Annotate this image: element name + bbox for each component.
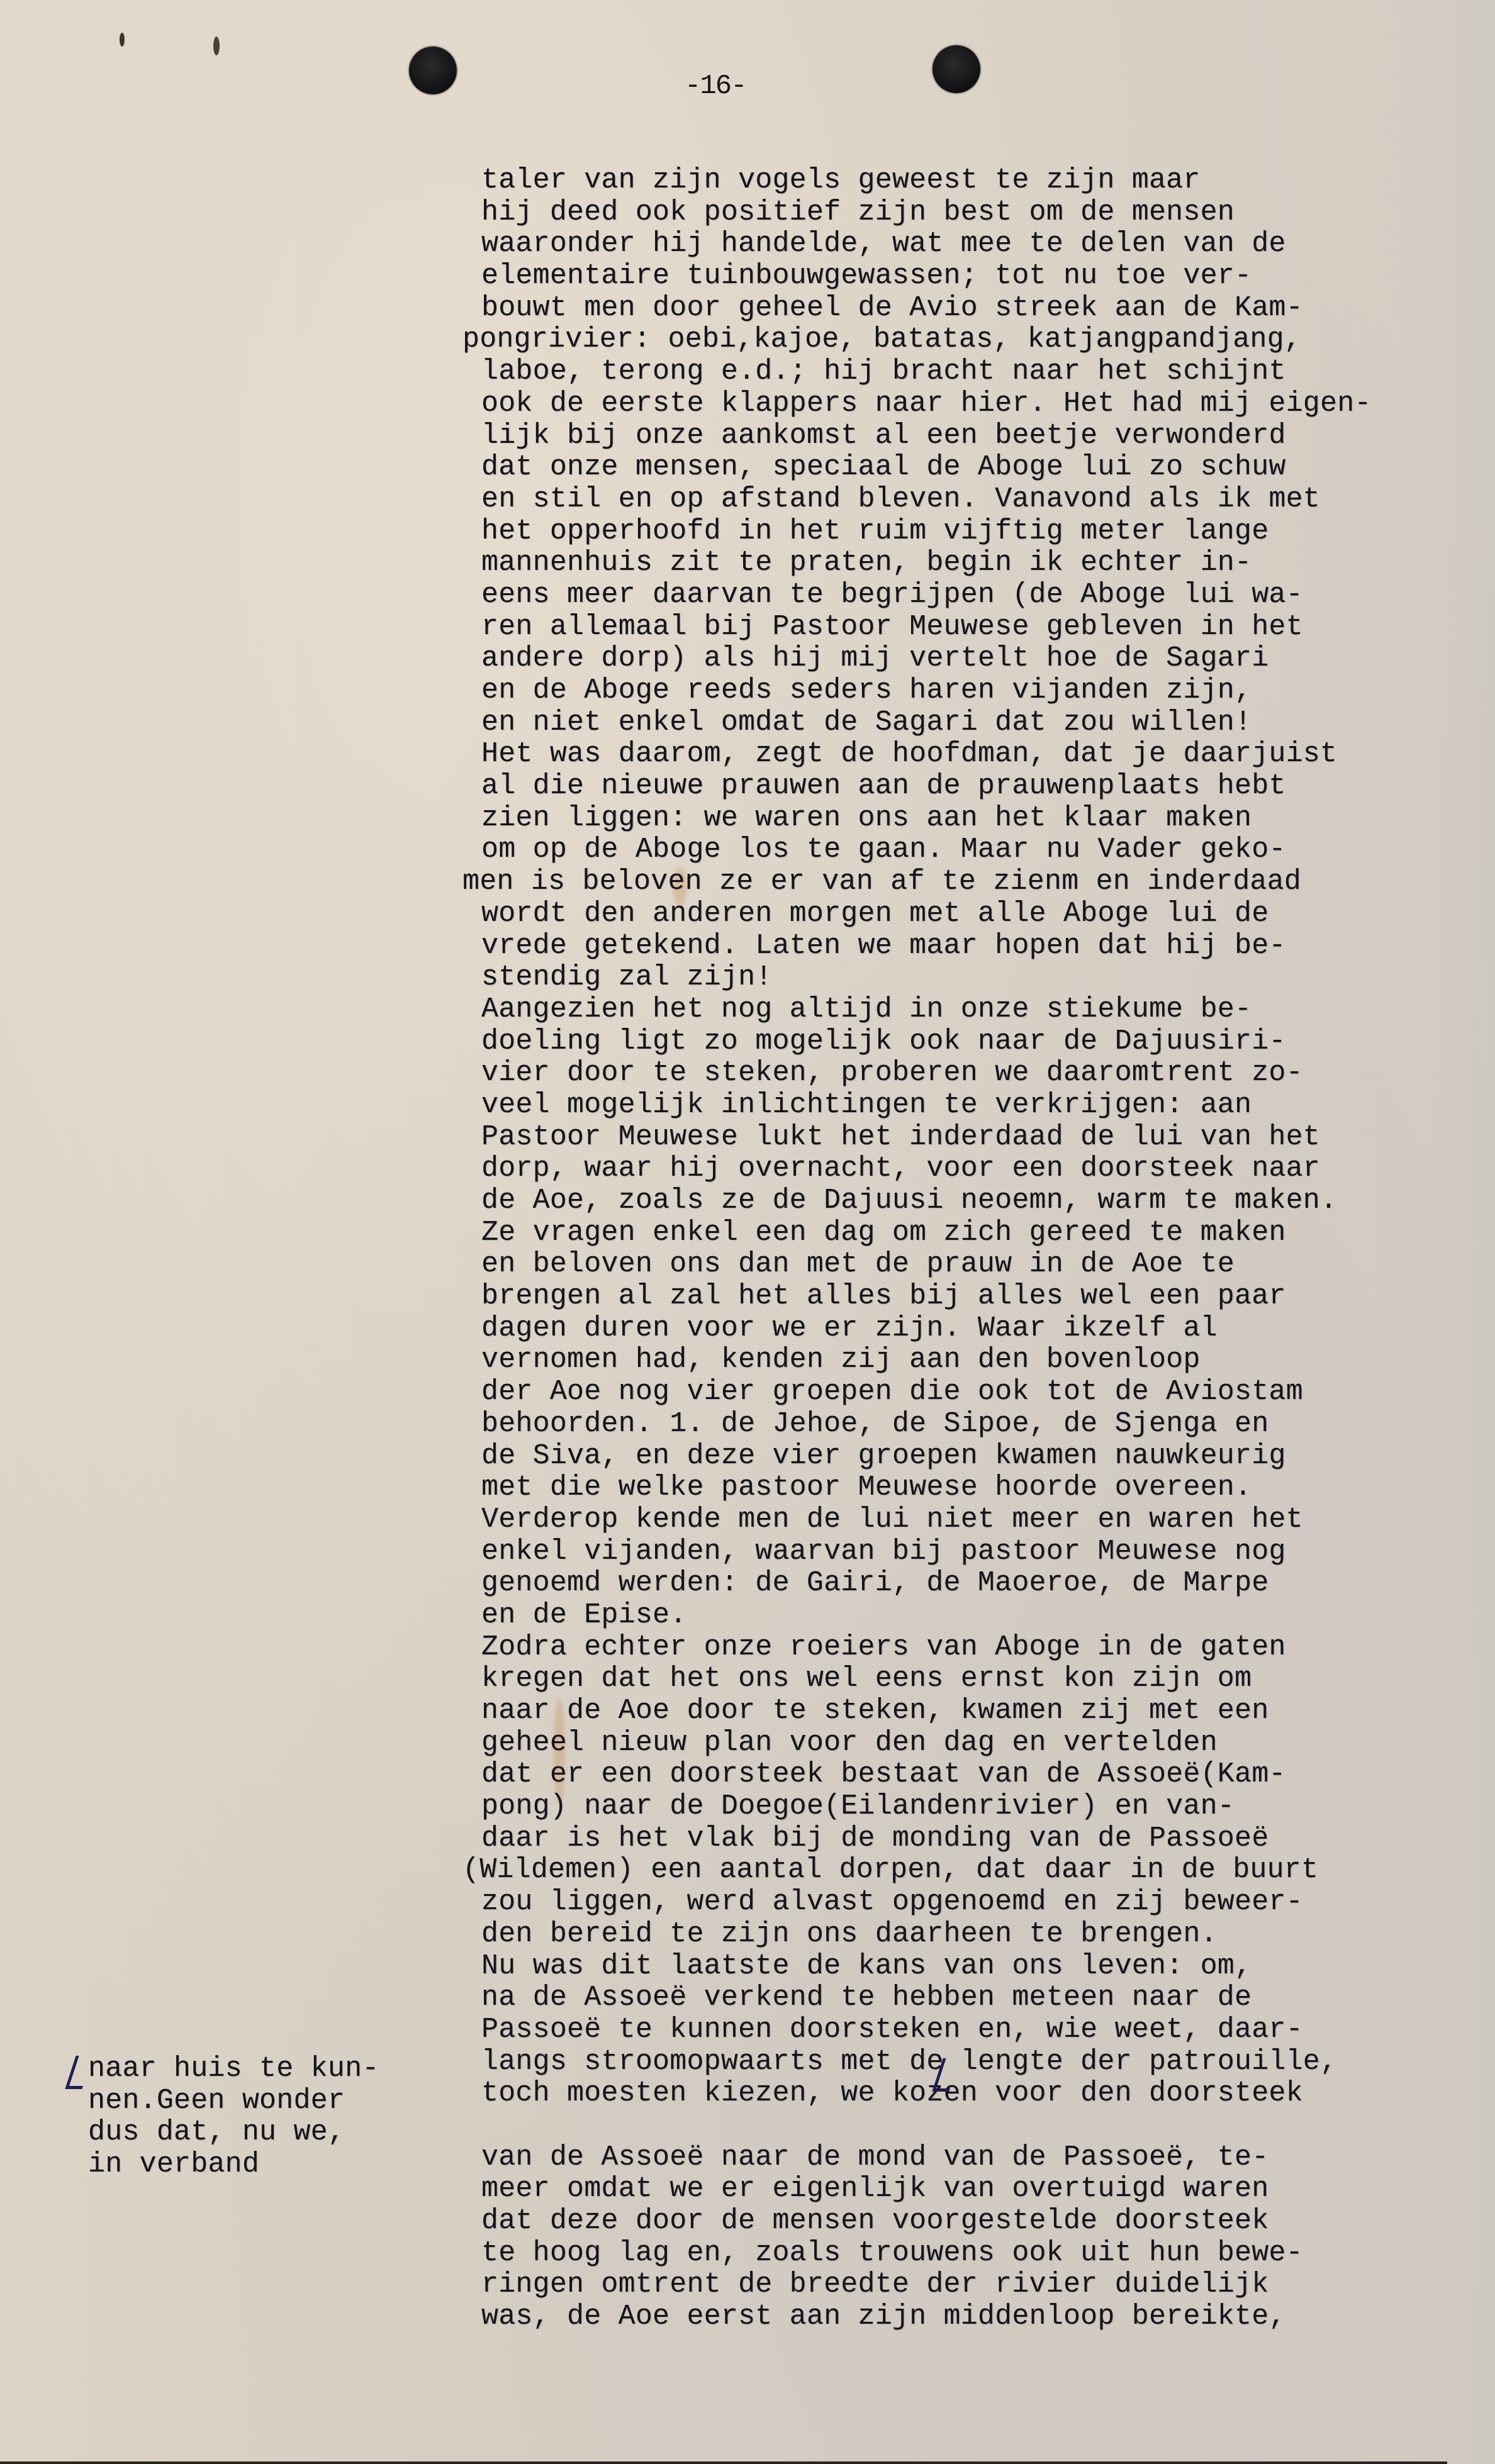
text-line: en beloven ons dan met de prauw in de Ao… <box>481 1249 1372 1281</box>
text-line: daar is het vlak bij de monding van de P… <box>481 1823 1372 1855</box>
paper-speck <box>213 36 220 55</box>
text-line: de Aoe, zoals ze de Dajuusi neoemn, warm… <box>481 1185 1372 1217</box>
text-line: dat er een doorsteek bestaat van de Asso… <box>481 1759 1372 1791</box>
text-line <box>481 2110 1372 2142</box>
text-line: dagen duren voor we er zijn. Waar ikzelf… <box>481 1313 1372 1345</box>
text-line: pongrivier: oebi,kajoe, batatas, katjang… <box>462 324 1372 356</box>
text-line: der Aoe nog vier groepen die ook tot de … <box>481 1376 1372 1408</box>
text-line: na de Assoeë verkend te hebben meteen na… <box>481 1982 1372 2014</box>
text-line: Het was daarom, zegt de hoofdman, dat je… <box>481 739 1372 771</box>
text-line: (Wildemen) een aantal dorpen, dat daar i… <box>462 1854 1372 1887</box>
text-line: was, de Aoe eerst aan zijn middenloop be… <box>481 2301 1372 2333</box>
text-line: Nu was dit laatste de kans van ons leven… <box>481 1951 1372 1983</box>
text-line: enkel vijanden, waarvan bij pastoor Meuw… <box>481 1536 1372 1568</box>
typewritten-body: taler van zijn vogels geweest te zijn ma… <box>481 165 1372 2333</box>
text-line: Zodra echter onze roeiers van Aboge in d… <box>481 1632 1372 1664</box>
text-line: ren allemaal bij Pastoor Meuwese gebleve… <box>481 611 1372 644</box>
text-line: den bereid te zijn ons daarheen te breng… <box>481 1919 1372 1951</box>
text-line: elementaire tuinbouwgewassen; tot nu toe… <box>481 260 1372 293</box>
text-line: bouwt men door geheel de Avio streek aan… <box>481 293 1372 325</box>
text-line: dorp, waar hij overnacht, voor een doors… <box>481 1153 1372 1185</box>
paper-bottom-edge <box>0 2461 1447 2464</box>
text-line: om op de Aboge los te gaan. Maar nu Vade… <box>481 834 1372 866</box>
text-line: behoorden. 1. de Jehoe, de Sipoe, de Sje… <box>481 1408 1372 1441</box>
text-line: ook de eerste klappers naar hier. Het ha… <box>481 388 1372 420</box>
text-line: en de Aboge reeds seders haren vijanden … <box>481 675 1372 707</box>
text-line: zou liggen, werd alvast opgenoemd en zij… <box>481 1887 1372 1919</box>
text-line: en de Epise. <box>481 1600 1372 1632</box>
margin-note-line: nen.Geen wonder <box>88 2085 379 2117</box>
text-line: meer omdat we er eigenlijk van overtuigd… <box>481 2173 1372 2205</box>
punch-hole-right <box>932 45 980 93</box>
paper-edge-shadow <box>1426 0 1495 2464</box>
text-line: Verderop kende men de lui niet meer en w… <box>481 1504 1372 1536</box>
text-line: Aangezien het nog altijd in onze stiekum… <box>481 994 1372 1026</box>
text-line: Pastoor Meuwese lukt het inderdaad de lu… <box>481 1122 1372 1154</box>
text-line: wordt den anderen morgen met alle Aboge … <box>481 898 1372 930</box>
text-line: toch moesten kiezen, we kozen voor den d… <box>481 2078 1372 2110</box>
text-line: vrede getekend. Laten we maar hopen dat … <box>481 930 1372 962</box>
text-line: dat deze door de mensen voorgestelde doo… <box>481 2205 1372 2238</box>
text-line: laboe, terong e.d.; hij bracht naar het … <box>481 356 1372 388</box>
text-line: eens meer daarvan te begrijpen (de Aboge… <box>481 579 1372 611</box>
text-line: van de Assoeë naar de mond van de Passoe… <box>481 2142 1372 2174</box>
text-line: Passoeë te kunnen doorsteken en, wie wee… <box>481 2014 1372 2046</box>
text-line: taler van zijn vogels geweest te zijn ma… <box>481 165 1372 197</box>
text-line: Ze vragen enkel een dag om zich gereed t… <box>481 1217 1372 1249</box>
text-line: lijk bij onze aankomst al een beetje ver… <box>481 420 1372 452</box>
text-line: brengen al zal het alles bij alles wel e… <box>481 1281 1372 1313</box>
text-line: naar de Aoe door te steken, kwamen zij m… <box>481 1695 1372 1727</box>
text-line: doeling ligt zo mogelijk ook naar de Daj… <box>481 1026 1372 1058</box>
text-line: genoemd werden: de Gairi, de Maoeroe, de… <box>481 1568 1372 1600</box>
text-line: ringen omtrent de breedte der rivier dui… <box>481 2269 1372 2301</box>
text-line: het opperhoofd in het ruim vijftig meter… <box>481 516 1372 548</box>
text-line: veel mogelijk inlichtingen te verkrijgen… <box>481 1090 1372 1122</box>
text-line: en stil en op afstand bleven. Vanavond a… <box>481 484 1372 516</box>
margin-note: naar huis te kun-nen.Geen wonderdus dat,… <box>88 2053 379 2181</box>
text-line: de Siva, en deze vier groepen kwamen nau… <box>481 1441 1372 1473</box>
text-line: al die nieuwe prauwen aan de prauwenplaa… <box>481 771 1372 803</box>
text-line: andere dorp) als hij mij vertelt hoe de … <box>481 643 1372 675</box>
margin-note-line: dus dat, nu we, <box>88 2117 379 2149</box>
text-line: kregen dat het ons wel eens ernst kon zi… <box>481 1663 1372 1695</box>
paper-speck <box>120 33 125 47</box>
text-line: en niet enkel omdat de Sagari dat zou wi… <box>481 707 1372 739</box>
page-number: -16- <box>685 70 746 102</box>
text-line: waaronder hij handelde, wat mee te delen… <box>481 228 1372 260</box>
text-line: pong) naar de Doegoe(Eilandenrivier) en … <box>481 1791 1372 1823</box>
text-line: geheel nieuw plan voor den dag en vertel… <box>481 1727 1372 1759</box>
punch-hole-left <box>409 47 457 94</box>
text-line: mannenhuis zit te praten, begin ik echte… <box>481 547 1372 579</box>
text-line: zien liggen: we waren ons aan het klaar … <box>481 803 1372 835</box>
text-line: vier door te steken, proberen we daaromt… <box>481 1057 1372 1090</box>
text-line: vernomen had, kenden zij aan den bovenlo… <box>481 1344 1372 1376</box>
text-line: men is beloven ze er van af te zienm en … <box>462 866 1372 898</box>
text-line: met die welke pastoor Meuwese hoorde ove… <box>481 1472 1372 1504</box>
text-line: stendig zal zijn! <box>481 962 1372 994</box>
text-line: dat onze mensen, speciaal de Aboge lui z… <box>481 452 1372 484</box>
text-line: langs stroomopwaarts met de lengte der p… <box>481 2046 1372 2078</box>
text-line: te hoog lag en, zoals trouwens ook uit h… <box>481 2238 1372 2270</box>
text-line: hij deed ook positief zijn best om de me… <box>481 197 1372 229</box>
margin-note-line: in verband <box>88 2149 379 2181</box>
margin-note-line: naar huis te kun- <box>88 2053 379 2085</box>
